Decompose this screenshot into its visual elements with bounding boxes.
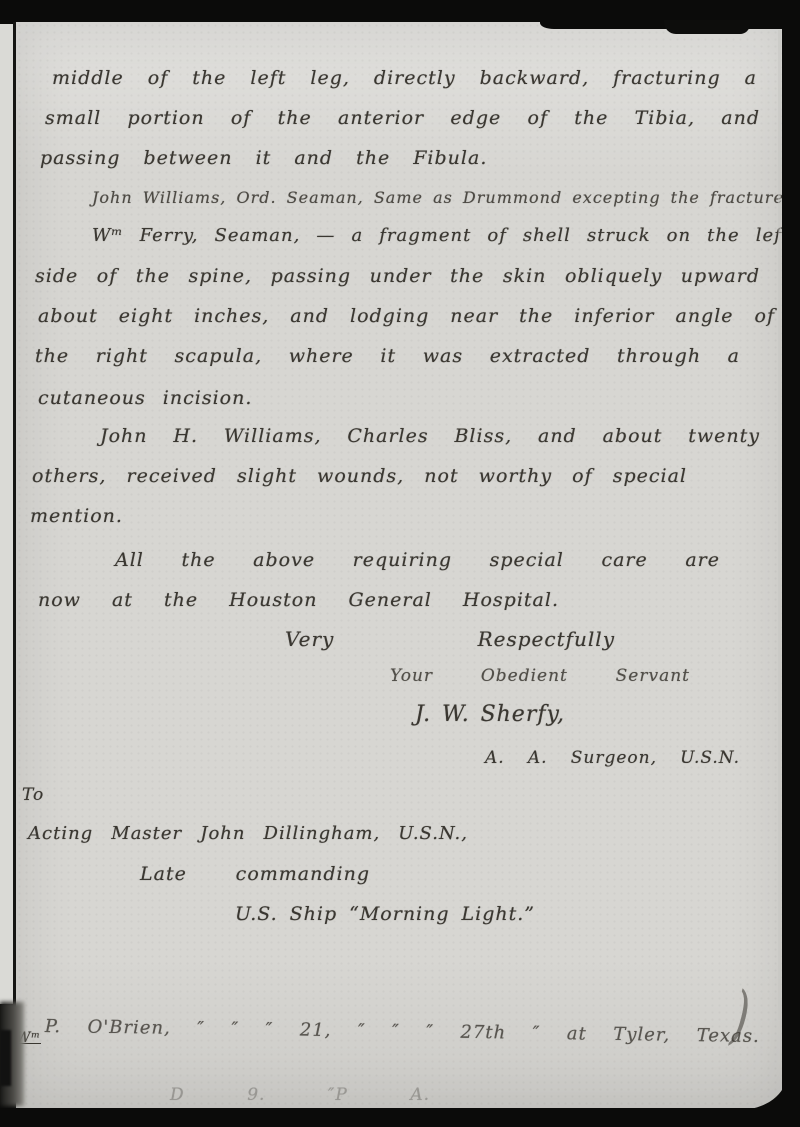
photo-border-right — [782, 0, 800, 1127]
manuscript-line-1: middle of the left leg, directly backwar… — [52, 68, 757, 90]
address-recipient: Acting Master John Dillingham, U.S.N., — [28, 824, 468, 845]
manuscript-line-10: John H. Williams, Charles Bliss, and abo… — [100, 426, 760, 448]
manuscript-line-11: others, received slight wounds, not wort… — [32, 466, 687, 488]
manuscript-line-2: small portion of the anterior edge of th… — [45, 108, 760, 130]
manuscript-line-6: side of the spine, passing under the ski… — [35, 266, 760, 288]
adjacent-page-edge — [0, 24, 13, 1004]
manuscript-line-3: passing between it and the Fibula. — [40, 148, 487, 170]
bottom-left-shadow-dark — [0, 1030, 11, 1086]
cut-off-line-fragment: D 9. ″P A. — [170, 1086, 430, 1106]
manuscript-line-13: All the above requiring special care are — [115, 550, 720, 572]
manuscript-line-8: the right scapula, where it was extracte… — [35, 346, 740, 368]
manuscript-line-14: now at the Houston General Hospital. — [38, 590, 559, 612]
photo-border-top-blob — [664, 20, 750, 34]
manuscript-line-7: about eight inches, and lodging near the… — [38, 306, 775, 328]
address-ship-name: U.S. Ship “Morning Light.” — [235, 904, 535, 926]
address-late-commanding: Late commanding — [140, 864, 370, 886]
closing-servant-line: Your Obedient Servant — [390, 667, 690, 687]
address-to: To — [22, 786, 44, 806]
manuscript-line-9: cutaneous incision. — [38, 388, 252, 410]
signature: J. W. Sherfy, — [415, 702, 565, 727]
manuscript-line-5: Wᵐ Ferry, Seaman, — a fragment of shell … — [92, 226, 790, 247]
page-right-edge-highlight — [778, 30, 781, 1020]
page-fold-line — [13, 20, 16, 1012]
ledger-line-obrien: P. O'Brien, ″ ″ ″ 21, ″ ″ ″ 27th ″ at Ty… — [45, 1017, 760, 1048]
signature-title: A. A. Surgeon, U.S.N. — [485, 749, 740, 769]
closing-salutation: Very Respectfully — [285, 628, 615, 651]
manuscript-line-12: mention. — [30, 506, 123, 528]
manuscript-line-4: John Williams, Ord. Seaman, Same as Drum… — [92, 189, 790, 207]
photo-border-bottom — [0, 1108, 800, 1127]
manuscript-page: middle of the left leg, directly backwar… — [16, 22, 787, 1110]
